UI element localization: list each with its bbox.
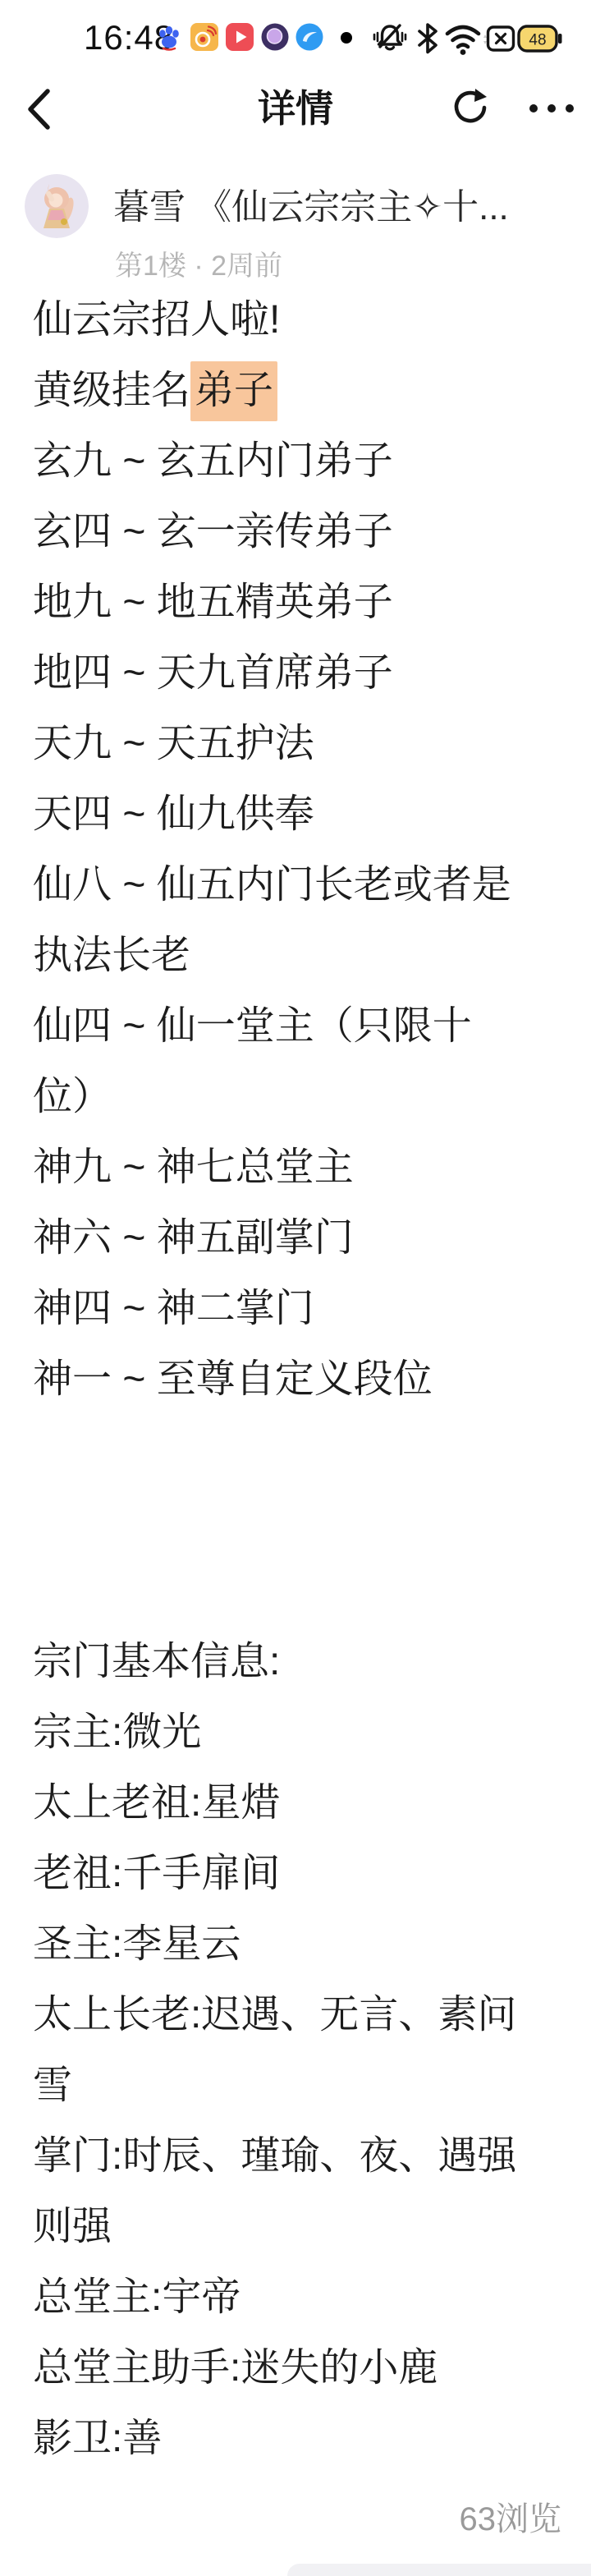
bluetooth-icon <box>415 20 440 57</box>
content-line: 影卫:善 <box>0 2404 591 2474</box>
avatar[interactable] <box>25 174 89 238</box>
content-line: 圣主:李星云 <box>0 1909 591 1980</box>
baidu-app-icon <box>155 23 183 51</box>
content-line <box>0 1485 591 1556</box>
silent-mode-icon <box>371 20 409 57</box>
purple-app-icon <box>261 23 289 51</box>
content-line: 执法长老 <box>0 921 591 991</box>
floor-meta: 第1楼 · 2周前 <box>115 243 282 283</box>
weibo-app-icon <box>190 23 218 51</box>
content-line: 宗门基本信息: <box>0 1627 591 1697</box>
content-line: 则强 <box>0 2192 591 2262</box>
status-bar: 16:48 <box>0 0 591 76</box>
page-title: 详情 <box>0 82 591 135</box>
content-line: 总堂主:宇帝 <box>0 2262 591 2333</box>
author-name[interactable]: 暮雪 《仙云宗宗主✧十... <box>113 177 578 222</box>
content-line: 天九 ~ 天五护法 <box>0 709 591 779</box>
content-line: 宗主:微光 <box>0 1697 591 1768</box>
content-line <box>0 1415 591 1485</box>
comment-bar-edge[interactable] <box>287 2564 591 2576</box>
notification-dot <box>341 32 352 44</box>
content-line: 天四 ~ 仙九供奉 <box>0 779 591 850</box>
content-line: 地九 ~ 地五精英弟子 <box>0 567 591 638</box>
wifi-icon <box>443 20 489 57</box>
content-line <box>0 1556 591 1627</box>
content-line: 玄四 ~ 玄一亲传弟子 <box>0 497 591 567</box>
content-line: 玄九 ~ 玄五内门弟子 <box>0 426 591 497</box>
content-line: 仙云宗招人啦! <box>0 285 591 356</box>
highlighted-text: 弟子 <box>190 361 277 421</box>
refresh-icon[interactable] <box>450 85 491 126</box>
post-content: 仙云宗招人啦!黄级挂名弟子玄九 ~ 玄五内门弟子玄四 ~ 玄一亲传弟子地九 ~ … <box>0 285 591 2474</box>
content-line: 掌门:时辰、瑾瑜、夜、遇强 <box>0 2121 591 2192</box>
video-play-app-icon <box>226 23 254 51</box>
content-line: 太上长老:迟遇、无言、素问 <box>0 1980 591 2050</box>
content-line: 神九 ~ 神七总堂主 <box>0 1132 591 1203</box>
view-count: 63浏览 <box>460 2493 562 2540</box>
content-line: 仙八 ~ 仙五内门长老或者是 <box>0 850 591 921</box>
content-line: 仙四 ~ 仙一堂主（只限十 <box>0 991 591 1062</box>
chat-app-icon <box>295 23 323 51</box>
content-line: 太上老祖:星焟 <box>0 1768 591 1839</box>
content-line: 神六 ~ 神五副掌门 <box>0 1203 591 1274</box>
content-line: 老祖:千手扉间 <box>0 1839 591 1909</box>
content-line: 雪 <box>0 2050 591 2121</box>
content-line: 神一 ~ 至尊自定义段位 <box>0 1344 591 1415</box>
content-line: 神四 ~ 神二掌门 <box>0 1274 591 1344</box>
no-sim-icon <box>486 20 515 57</box>
nav-bar: 详情 <box>0 76 591 148</box>
content-line: 总堂主助手:迷失的小鹿 <box>0 2333 591 2404</box>
content-line: 黄级挂名弟子 <box>0 356 591 426</box>
more-dots-icon[interactable] <box>527 100 576 117</box>
content-line: 位） <box>0 1062 591 1132</box>
battery-indicator: 48 <box>517 20 563 57</box>
battery-percent-text: 48 <box>529 32 546 49</box>
content-line: 地四 ~ 天九首席弟子 <box>0 638 591 709</box>
